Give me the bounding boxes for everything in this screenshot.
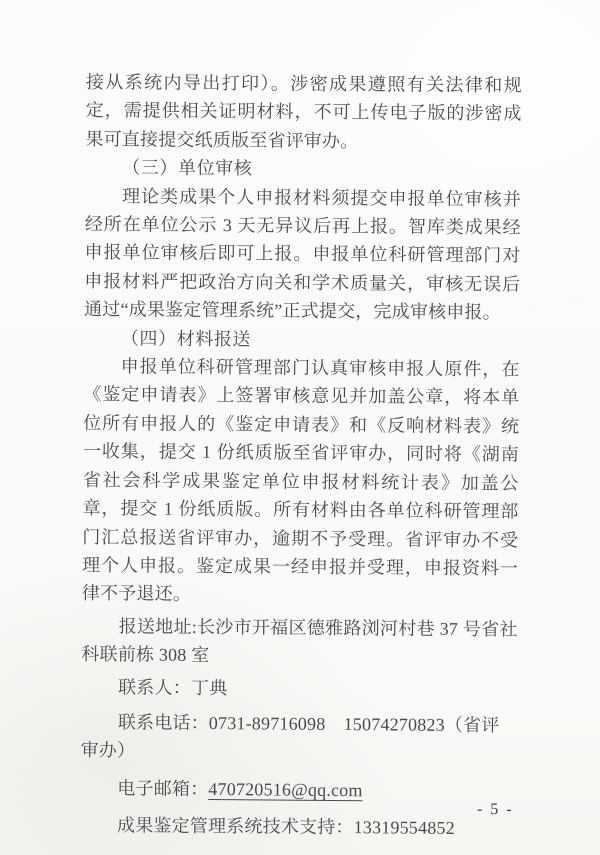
document-page: 接从系统内导出打印）。涉密成果遵照有关法律和规定，需提供相关证明材料，不可上传电… xyxy=(0,0,600,855)
section-heading-3: （三）单位审核 xyxy=(85,153,521,185)
section-body-4: 申报单位科研管理部门认真审核申报人原件，在《鉴定申请表》上签署审核意见并加盖公章… xyxy=(82,352,520,611)
email-line: 电子邮箱：470720516@qq.com xyxy=(80,774,516,806)
contact-person-line: 联系人：丁典 xyxy=(81,673,517,705)
tech-support-line: 成果鉴定管理系统技术支持：13319554852 xyxy=(80,811,516,843)
email-address: 470720516@qq.com xyxy=(208,779,362,800)
continuation-paragraph: 接从系统内导出打印）。涉密成果遵照有关法律和规定，需提供相关证明材料，不可上传电… xyxy=(85,68,522,157)
phone-line: 联系电话：0731-89716098 15074270823（省评审办） xyxy=(81,708,517,768)
section-body-3: 理论类成果个人申报材料须提交申报单位审核并经所在单位公示 3 天无异议后再上报。… xyxy=(84,182,521,327)
address-line: 报送地址:长沙市开福区德雅路浏河村巷 37 号省社科联前栋 308 室 xyxy=(81,612,517,672)
section-heading-4: （四）材料报送 xyxy=(84,324,520,356)
email-label: 电子邮箱： xyxy=(117,778,208,799)
page-number: - 5 - xyxy=(477,801,514,819)
page-content: 接从系统内导出打印）。涉密成果遵照有关法律和规定，需提供相关证明材料，不可上传电… xyxy=(80,68,522,843)
